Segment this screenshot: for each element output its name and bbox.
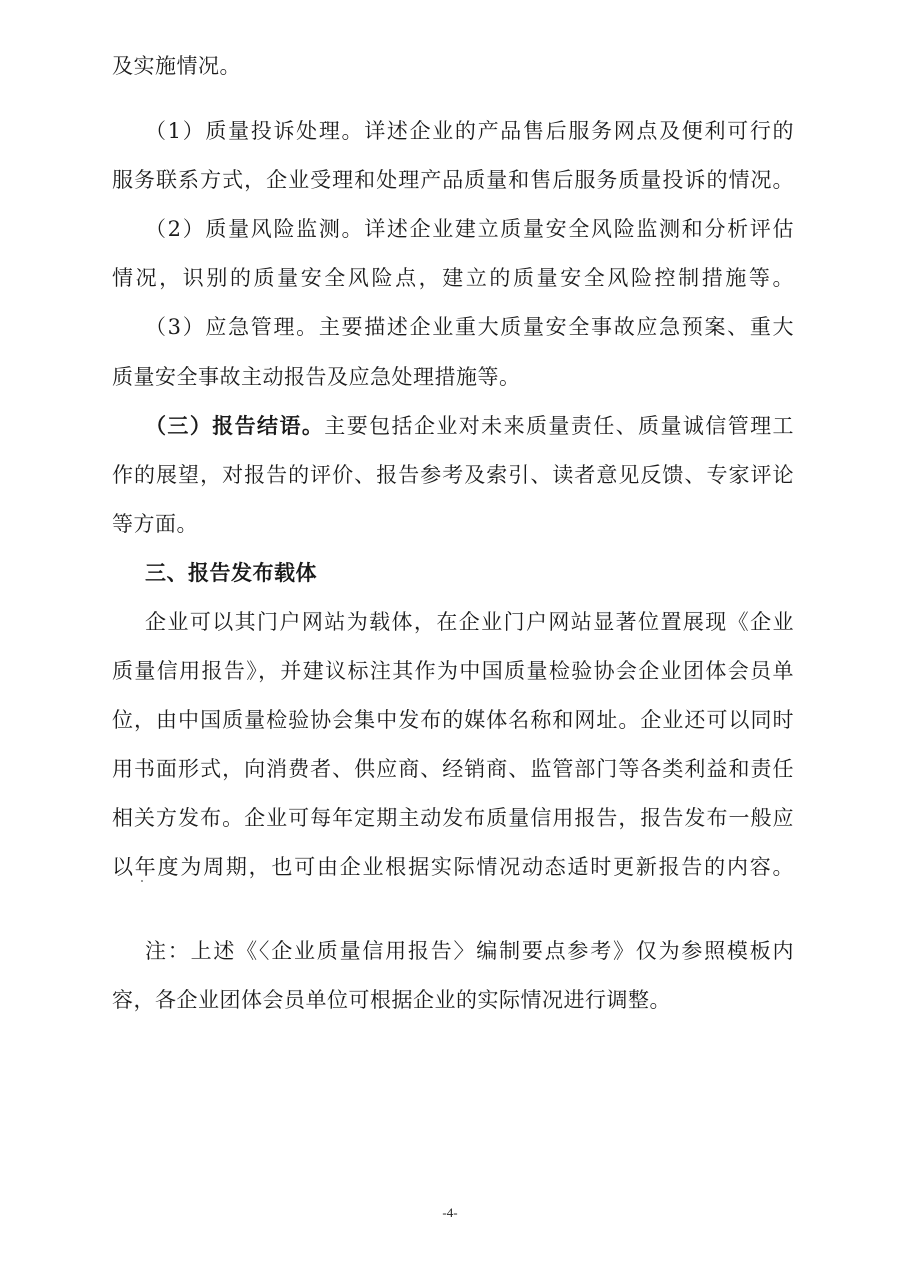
paragraph-line: （1）质量投诉处理。详述企业的产品售后服务网点及便利可行的 [145,118,794,144]
document-page: 及实施情况。 （1）质量投诉处理。详述企业的产品售后服务网点及便利可行的 服务联… [0,0,900,1278]
note-line: 注：上述《〈企业质量信用报告〉编制要点参考》仅为参照模板内 [145,938,794,964]
subsection-text: 主要包括企业对未来质量责任、质量诚信管理工 [324,414,794,438]
paragraph-line: 用书面形式，向消费者、供应商、经销商、监管部门等各类利益和责任 [112,756,794,782]
paragraph-line: 服务联系方式，企业受理和处理产品质量和售后服务质量投诉的情况。 [112,167,794,193]
note-line: 容，各企业团体会员单位可根据企业的实际情况进行调整。 [112,987,794,1013]
paragraph-line: 作的展望，对报告的评价、报告参考及索引、读者意见反馈、专家评论 [112,462,794,488]
scan-speck [141,880,143,882]
page-number: -4- [0,1205,900,1221]
paragraph-line: 质量安全事故主动报告及应急处理措施等。 [112,364,794,390]
subsection-line: （三）报告结语。主要包括企业对未来质量责任、质量诚信管理工 [145,413,794,439]
paragraph-line: （3）应急管理。主要描述企业重大质量安全事故应急预案、重大 [145,314,794,340]
paragraph-line: 质量信用报告》，并建议标注其作为中国质量检验协会企业团体会员单 [112,658,794,684]
paragraph-line: 位，由中国质量检验协会集中发布的媒体名称和网址。企业还可以同时 [112,707,794,733]
paragraph-line: 及实施情况。 [112,53,794,79]
paragraph-line: 情况，识别的质量安全风险点，建立的质量安全风险控制措施等。 [112,265,794,291]
paragraph-line: 企业可以其门户网站为载体，在企业门户网站显著位置展现《企业 [145,609,794,635]
paragraph-line: （2）质量风险监测。详述企业建立质量安全风险监测和分析评估 [145,216,794,242]
paragraph-line: 以年度为周期，也可由企业根据实际情况动态适时更新报告的内容。 [112,854,794,880]
paragraph-line: 相关方发布。企业可每年定期主动发布质量信用报告，报告发布一般应 [112,805,794,831]
section-heading: 三、报告发布载体 [145,560,794,586]
subsection-heading: （三）报告结语。 [145,413,324,438]
paragraph-line: 等方面。 [112,511,794,537]
